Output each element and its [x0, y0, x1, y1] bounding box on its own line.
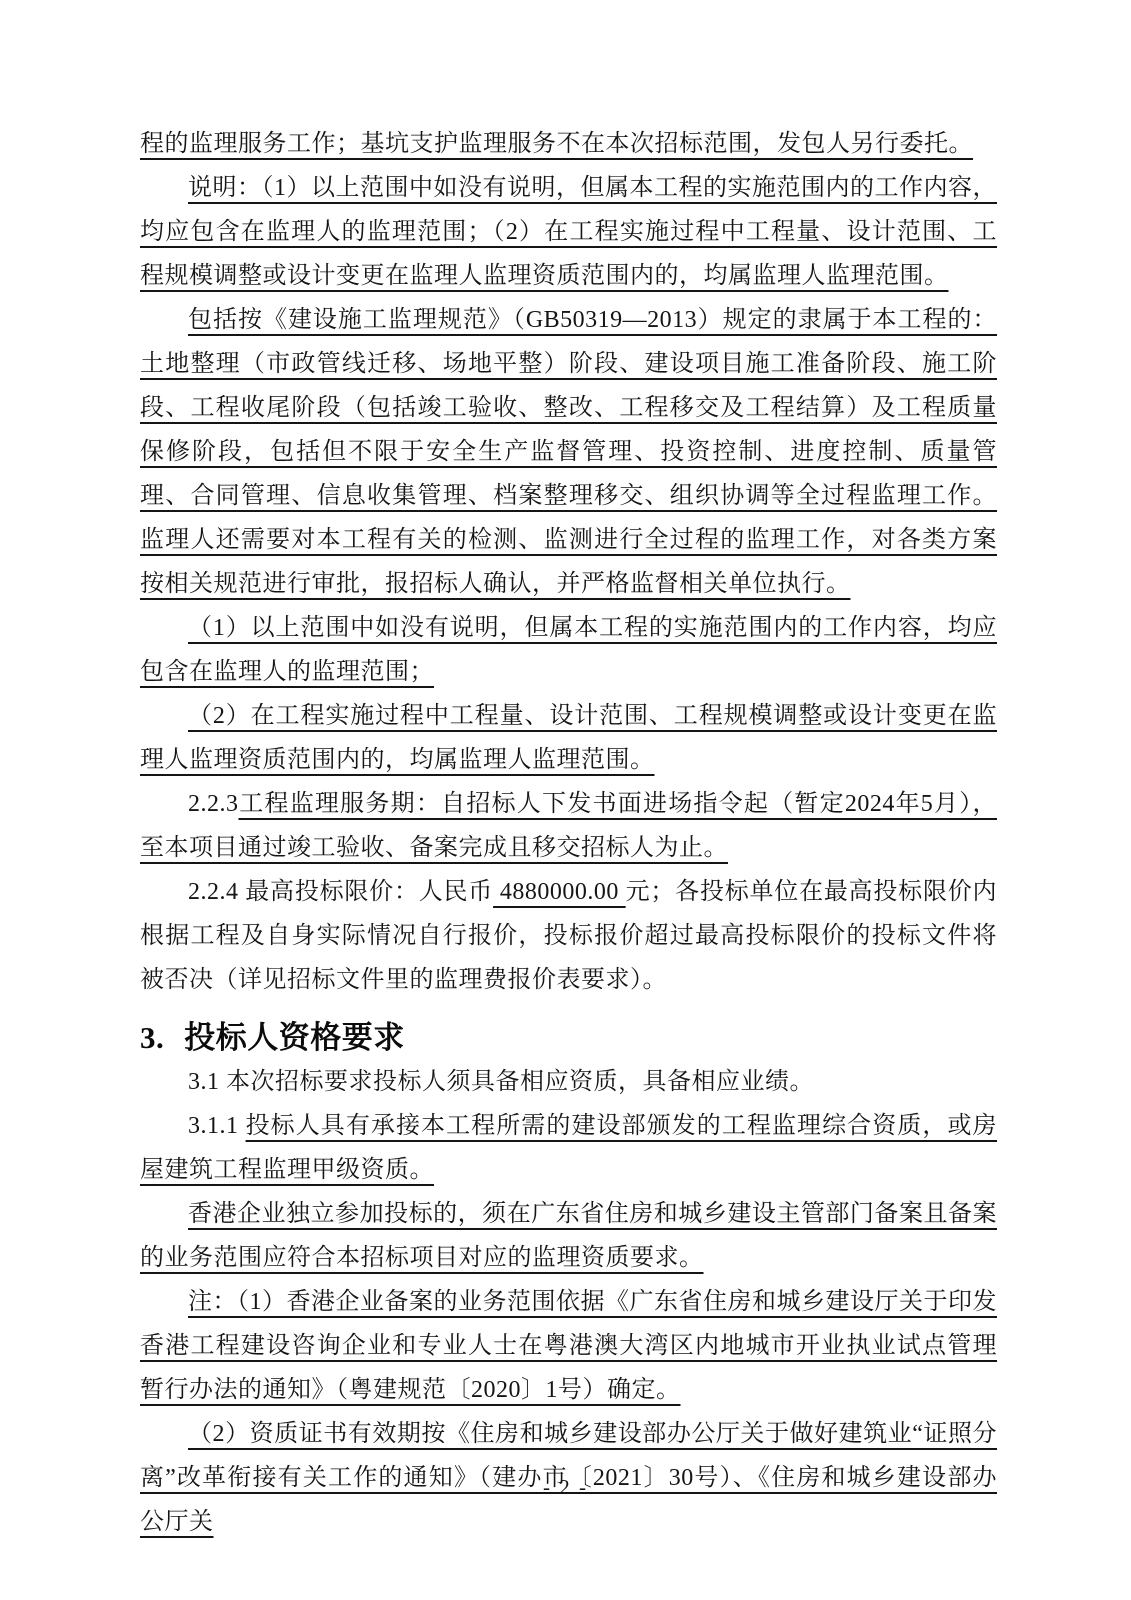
section-heading: 3.投标人资格要求 — [140, 1016, 997, 1060]
section-heading-text: 投标人资格要求 — [184, 1020, 405, 1055]
paragraph: 说明：（1）以上范围中如没有说明，但属本工程的实施范围内的工作内容，均应包含在监… — [140, 166, 997, 298]
paragraph: 2.2.4 最高投标限价：人民币 4880000.00 元；各投标单位在最高投标… — [140, 870, 997, 1002]
underlined-text: 注：（1）香港企业备案的业务范围依据《广东省住房和城乡建设厅关于印发香港工程建设… — [140, 1289, 997, 1403]
page-number-footer: - 2 - — [0, 1474, 1131, 1500]
paragraph: 包括按《建设施工监理规范》（GB50319—2013）规定的隶属于本工程的：土地… — [140, 298, 997, 606]
paragraph: （2）在工程实施过程中工程量、设计范围、工程规模调整或设计变更在监理人监理资质范… — [140, 694, 997, 782]
underlined-text: 说明：（1）以上范围中如没有说明，但属本工程的实施范围内的工作内容，均应包含在监… — [140, 175, 997, 289]
plain-text: 3.1.1 — [188, 1113, 246, 1139]
underlined-text: 香港企业独立参加投标的，须在广东省住房和城乡建设主管部门备案且备案的业务范围应符… — [140, 1201, 997, 1271]
plain-text: 2.2.3 — [188, 791, 239, 817]
underlined-text: 工程监理服务期：自招标人下发书面进场指令起（暂定2024年5月），至本项目通过竣… — [140, 791, 997, 861]
plain-text: 3.1 本次招标要求投标人须具备相应资质，具备相应业绩。 — [188, 1069, 814, 1095]
paragraph: （1）以上范围中如没有说明，但属本工程的实施范围内的工作内容，均应包含在监理人的… — [140, 606, 997, 694]
underlined-text: 程的监理服务工作；基坑支护监理服务不在本次招标范围，发包人另行委托。 — [140, 131, 973, 157]
document-content: 程的监理服务工作；基坑支护监理服务不在本次招标范围，发包人另行委托。 说明：（1… — [140, 122, 997, 1544]
underlined-text: 投标人具有承接本工程所需的建设部颁发的工程监理综合资质，或房屋建筑工程监理甲级资… — [140, 1113, 997, 1183]
underlined-text: （1）以上范围中如没有说明，但属本工程的实施范围内的工作内容，均应包含在监理人的… — [140, 615, 997, 685]
underlined-text: 包括按《建设施工监理规范》（GB50319—2013）规定的隶属于本工程的：土地… — [140, 307, 997, 597]
underlined-text: （2）在工程实施过程中工程量、设计范围、工程规模调整或设计变更在监理人监理资质范… — [140, 703, 997, 773]
paragraph: 程的监理服务工作；基坑支护监理服务不在本次招标范围，发包人另行委托。 — [140, 122, 997, 166]
paragraph: 2.2.3工程监理服务期：自招标人下发书面进场指令起（暂定2024年5月），至本… — [140, 782, 997, 870]
plain-text: 2.2.4 最高投标限价：人民币 — [188, 879, 493, 905]
section-heading-number: 3. — [140, 1016, 164, 1060]
paragraph: 3.1 本次招标要求投标人须具备相应资质，具备相应业绩。 — [140, 1060, 997, 1104]
document-page: 程的监理服务工作；基坑支护监理服务不在本次招标范围，发包人另行委托。 说明：（1… — [0, 0, 1131, 1600]
paragraph: 3.1.1 投标人具有承接本工程所需的建设部颁发的工程监理综合资质，或房屋建筑工… — [140, 1104, 997, 1192]
paragraph: 香港企业独立参加投标的，须在广东省住房和城乡建设主管部门备案且备案的业务范围应符… — [140, 1192, 997, 1280]
paragraph: 注：（1）香港企业备案的业务范围依据《广东省住房和城乡建设厅关于印发香港工程建设… — [140, 1280, 997, 1412]
underlined-text: 4880000.00 — [493, 879, 626, 905]
